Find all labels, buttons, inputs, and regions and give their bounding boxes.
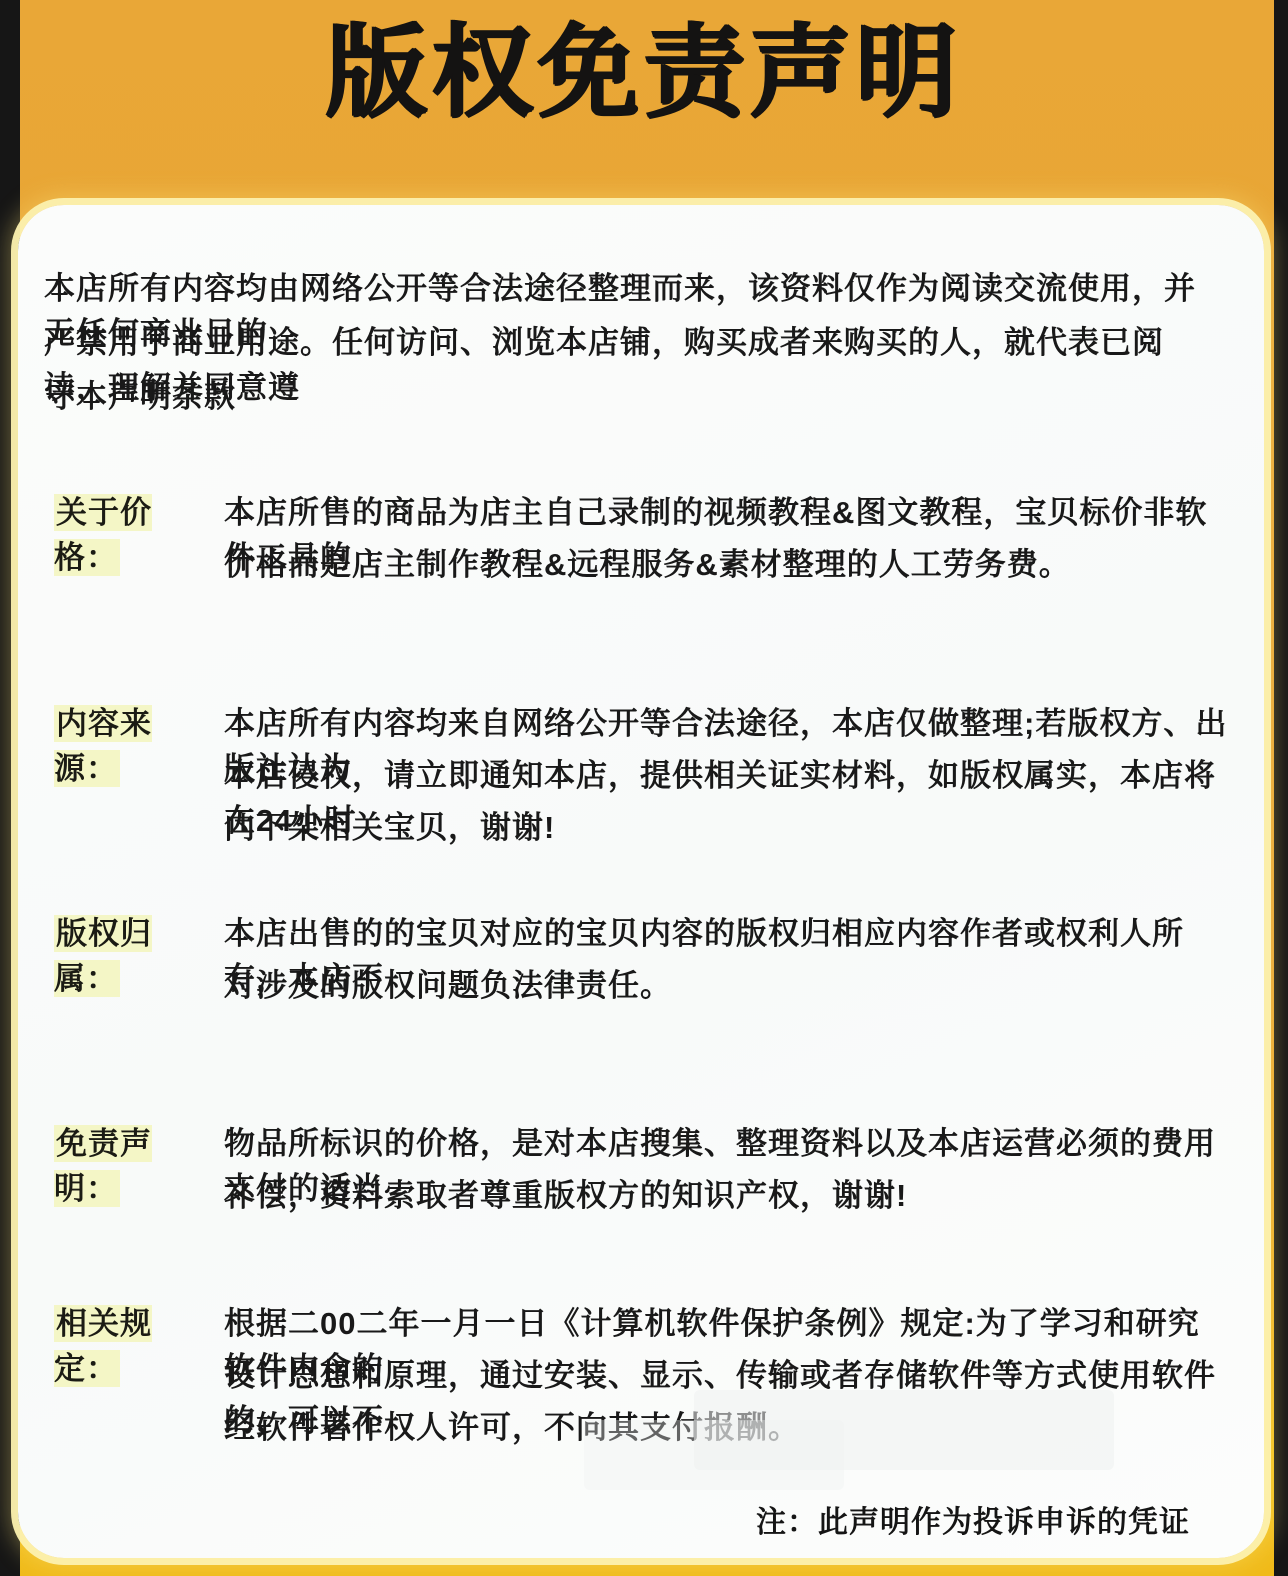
section-source: 内容来源： 本店所有内容均来自网络公开等合法途径，本店仅做整理;若版权方、出版社… [54, 698, 1228, 854]
intro-line: 守本声明条款 [44, 371, 1226, 425]
text-line: 本店出售的的宝贝对应的宝贝内容的版权归相应内容作者或权利人所有，本店不 [224, 908, 1228, 960]
page-title: 版权免责声明 [0, 14, 1288, 132]
section-price: 关于价格： 本店所售的商品为店主自己录制的视频教程&图文教程，宝贝标价非软件工具… [54, 487, 1228, 591]
section-ownership-label-text: 版权归属： [54, 915, 152, 997]
intro-line: 严禁用于商业用途。任何访问、浏览本店铺，购买成者来购买的人，就代表已阅读，理解并… [44, 317, 1226, 371]
section-price-label: 关于价格： [54, 487, 214, 577]
section-price-text: 本店所售的商品为店主自己录制的视频教程&图文教程，宝贝标价非软件工具的 价格而是… [214, 487, 1228, 591]
section-regulation-label-text: 相关规定： [54, 1305, 152, 1387]
intro-line: 本店所有内容均由网络公开等合法途径整理而来，该资料仅作为阅读交流使用，并无任何商… [44, 263, 1226, 317]
faint-watermark-artifact [584, 1420, 844, 1490]
section-ownership: 版权归属： 本店出售的的宝贝对应的宝贝内容的版权归相应内容作者或权利人所有，本店… [54, 908, 1228, 1012]
text-line: 根据二00二年一月一日《计算机软件保护条例》规定:为了学习和研究软件内含的 [224, 1298, 1228, 1350]
page-frame: 版权免责声明 本店所有内容均由网络公开等合法途径整理而来，该资料仅作为阅读交流使… [0, 0, 1288, 1576]
section-disclaimer: 免责声明： 物品所标识的价格，是对本店搜集、整理资料以及本店运营必须的费用支付的… [54, 1118, 1228, 1222]
section-source-label: 内容来源： [54, 698, 214, 788]
section-source-label-text: 内容来源： [54, 705, 152, 787]
content-card: 本店所有内容均由网络公开等合法途径整理而来，该资料仅作为阅读交流使用，并无任何商… [18, 205, 1264, 1558]
section-regulation-label: 相关规定： [54, 1298, 214, 1388]
text-line: 内下架相关宝贝，谢谢! [224, 802, 1228, 854]
text-line: 对涉及的版权问题负法律责任。 [224, 960, 1228, 1012]
section-ownership-label: 版权归属： [54, 908, 214, 998]
section-disclaimer-label-text: 免责声明： [54, 1125, 152, 1207]
text-line: 本店所有内容均来自网络公开等合法途径，本店仅做整理;若版权方、出版社认为 [224, 698, 1228, 750]
section-disclaimer-label: 免责声明： [54, 1118, 214, 1208]
text-line: 价格而是店主制作教程&远程服务&素材整理的人工劳务费。 [224, 539, 1228, 591]
intro-paragraph: 本店所有内容均由网络公开等合法途径整理而来，该资料仅作为阅读交流使用，并无任何商… [44, 263, 1226, 425]
text-line: 本店所售的商品为店主自己录制的视频教程&图文教程，宝贝标价非软件工具的 [224, 487, 1228, 539]
section-source-text: 本店所有内容均来自网络公开等合法途径，本店仅做整理;若版权方、出版社认为 本店侵… [214, 698, 1228, 854]
section-disclaimer-text: 物品所标识的价格，是对本店搜集、整理资料以及本店运营必须的费用支付的适当 补偿，… [214, 1118, 1228, 1222]
section-price-label-text: 关于价格： [54, 494, 152, 576]
footer-note: 注：此声明作为投诉申诉的凭证 [756, 1497, 1190, 1541]
text-line: 补偿，资料索取者尊重版权方的知识产权，谢谢! [224, 1170, 1228, 1222]
section-ownership-text: 本店出售的的宝贝对应的宝贝内容的版权归相应内容作者或权利人所有，本店不 对涉及的… [214, 908, 1228, 1012]
text-line: 本店侵权，请立即通知本店，提供相关证实材料，如版权属实，本店将在24小时 [224, 750, 1228, 802]
text-line: 物品所标识的价格，是对本店搜集、整理资料以及本店运营必须的费用支付的适当 [224, 1118, 1228, 1170]
